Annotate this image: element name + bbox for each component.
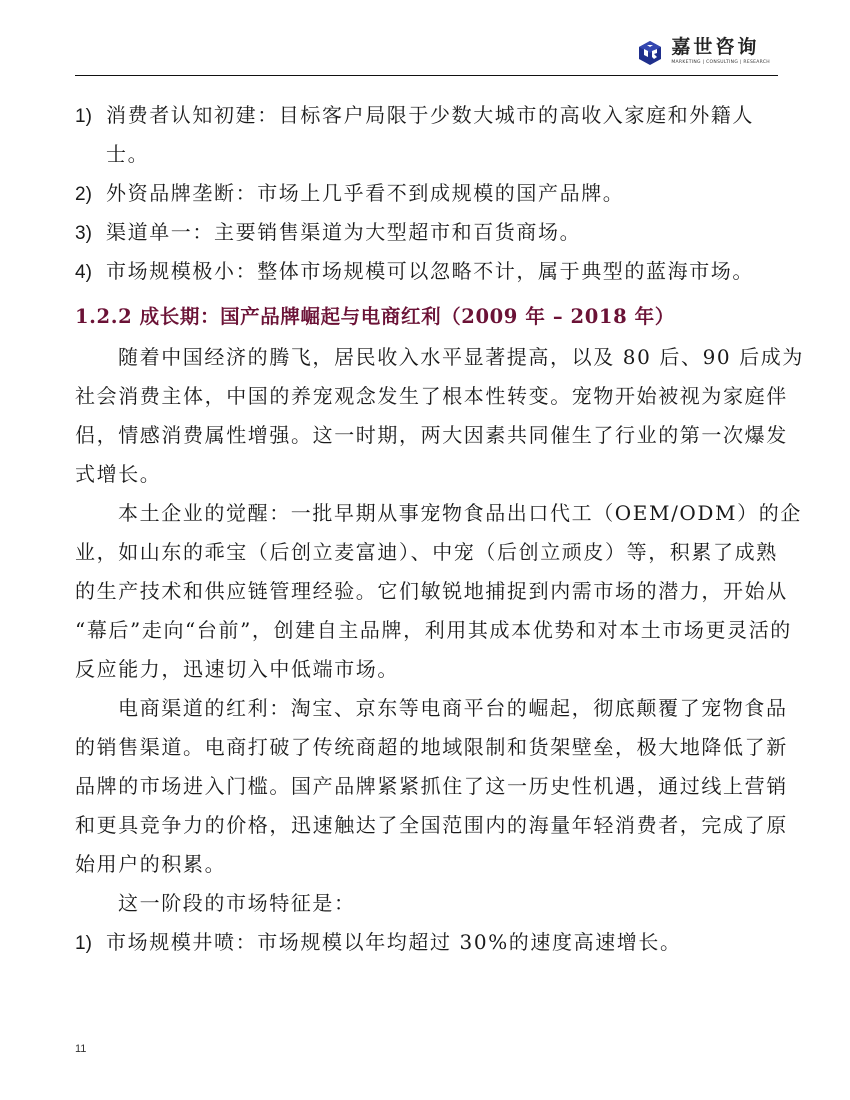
list-number: 2)	[75, 175, 106, 214]
list-item-continuation: 士。	[75, 135, 778, 174]
header-divider	[75, 75, 778, 76]
paragraph: 随着中国经济的腾飞，居民收入水平显著提高，以及 80 后、90 后成为 社会消费…	[75, 338, 778, 494]
brand-name: 嘉世咨询	[671, 36, 770, 58]
list-item: 1)市场规模井喷：市场规模以年均超过 30%的速度高速增长。	[75, 923, 778, 962]
paragraph-line: 本土企业的觉醒：一批早期从事宠物食品出口代工（OEM/ODM）的企	[75, 494, 778, 533]
list-item: 2)外资品牌垄断：市场上几乎看不到成规模的国产品牌。	[75, 174, 778, 213]
list-text: 渠道单一：主要销售渠道为大型超市和百货商场。	[106, 220, 581, 244]
paragraph: 本土企业的觉醒：一批早期从事宠物食品出口代工（OEM/ODM）的企 业，如山东的…	[75, 494, 778, 689]
list-text: 士。	[106, 142, 149, 166]
list-text: 市场规模极小：整体市场规模可以忽略不计，属于典型的蓝海市场。	[106, 259, 754, 283]
paragraph-line: 始用户的积累。	[75, 845, 778, 884]
list-text: 外资品牌垄断：市场上几乎看不到成规模的国产品牌。	[106, 181, 624, 205]
document-body: 1)消费者认知初建：目标客户局限于少数大城市的高收入家庭和外籍人 士。 2)外资…	[75, 96, 778, 962]
paragraph-line: 反应能力，迅速切入中低端市场。	[75, 650, 778, 689]
list-item: 4)市场规模极小：整体市场规模可以忽略不计，属于典型的蓝海市场。	[75, 252, 778, 291]
paragraph: 电商渠道的红利：淘宝、京东等电商平台的崛起，彻底颠覆了宠物食品 的销售渠道。电商…	[75, 689, 778, 884]
list-number: 3)	[75, 214, 106, 253]
list-number: 1)	[75, 924, 106, 963]
paragraph-line: 的生产技术和供应链管理经验。它们敏锐地捕捉到内需市场的潜力，开始从	[75, 572, 778, 611]
paragraph: 这一阶段的市场特征是：	[75, 884, 778, 923]
paragraph-line: 社会消费主体，中国的养宠观念发生了根本性转变。宠物开始被视为家庭伴	[75, 377, 778, 416]
paragraph-line: 随着中国经济的腾飞，居民收入水平显著提高，以及 80 后、90 后成为	[75, 338, 778, 377]
section-heading: 1.2.2 成长期：国产品牌崛起与电商红利（2009 年 – 2018 年）	[75, 297, 778, 336]
page-header: 嘉世咨询 MARKETING | CONSULTING | RESEARCH	[75, 34, 778, 76]
paragraph-line: 这一阶段的市场特征是：	[75, 884, 778, 923]
paragraph-line: “幕后”走向“台前”，创建自主品牌，利用其成本优势和对本土市场更灵活的	[75, 611, 778, 650]
list-number: 1)	[75, 97, 106, 136]
paragraph-line: 业，如山东的乖宝（后创立麦富迪）、中宠（后创立顽皮）等，积累了成熟	[75, 533, 778, 572]
list-item: 3)渠道单一：主要销售渠道为大型超市和百货商场。	[75, 213, 778, 252]
list-number: 4)	[75, 253, 106, 292]
paragraph-line: 侣，情感消费属性增强。这一时期，两大因素共同催生了行业的第一次爆发	[75, 416, 778, 455]
intro-list: 1)消费者认知初建：目标客户局限于少数大城市的高收入家庭和外籍人 士。 2)外资…	[75, 96, 778, 291]
cube-logo-icon	[637, 40, 663, 66]
list-item: 1)消费者认知初建：目标客户局限于少数大城市的高收入家庭和外籍人	[75, 96, 778, 135]
brand-logo: 嘉世咨询 MARKETING | CONSULTING | RESEARCH	[637, 36, 770, 70]
paragraph-line: 的销售渠道。电商打破了传统商超的地域限制和货架壁垒，极大地降低了新	[75, 728, 778, 767]
paragraph-line: 品牌的市场进入门槛。国产品牌紧紧抓住了这一历史性机遇，通过线上营销	[75, 767, 778, 806]
paragraph-line: 电商渠道的红利：淘宝、京东等电商平台的崛起，彻底颠覆了宠物食品	[75, 689, 778, 728]
list-text: 消费者认知初建：目标客户局限于少数大城市的高收入家庭和外籍人	[106, 103, 754, 127]
paragraph-line: 式增长。	[75, 455, 778, 494]
growth-list: 1)市场规模井喷：市场规模以年均超过 30%的速度高速增长。	[75, 923, 778, 962]
paragraph-line: 和更具竞争力的价格，迅速触达了全国范围内的海量年轻消费者，完成了原	[75, 806, 778, 845]
page-number: 11	[75, 1043, 86, 1055]
brand-tagline: MARKETING | CONSULTING | RESEARCH	[671, 60, 770, 65]
list-text: 市场规模井喷：市场规模以年均超过 30%的速度高速增长。	[106, 930, 682, 954]
